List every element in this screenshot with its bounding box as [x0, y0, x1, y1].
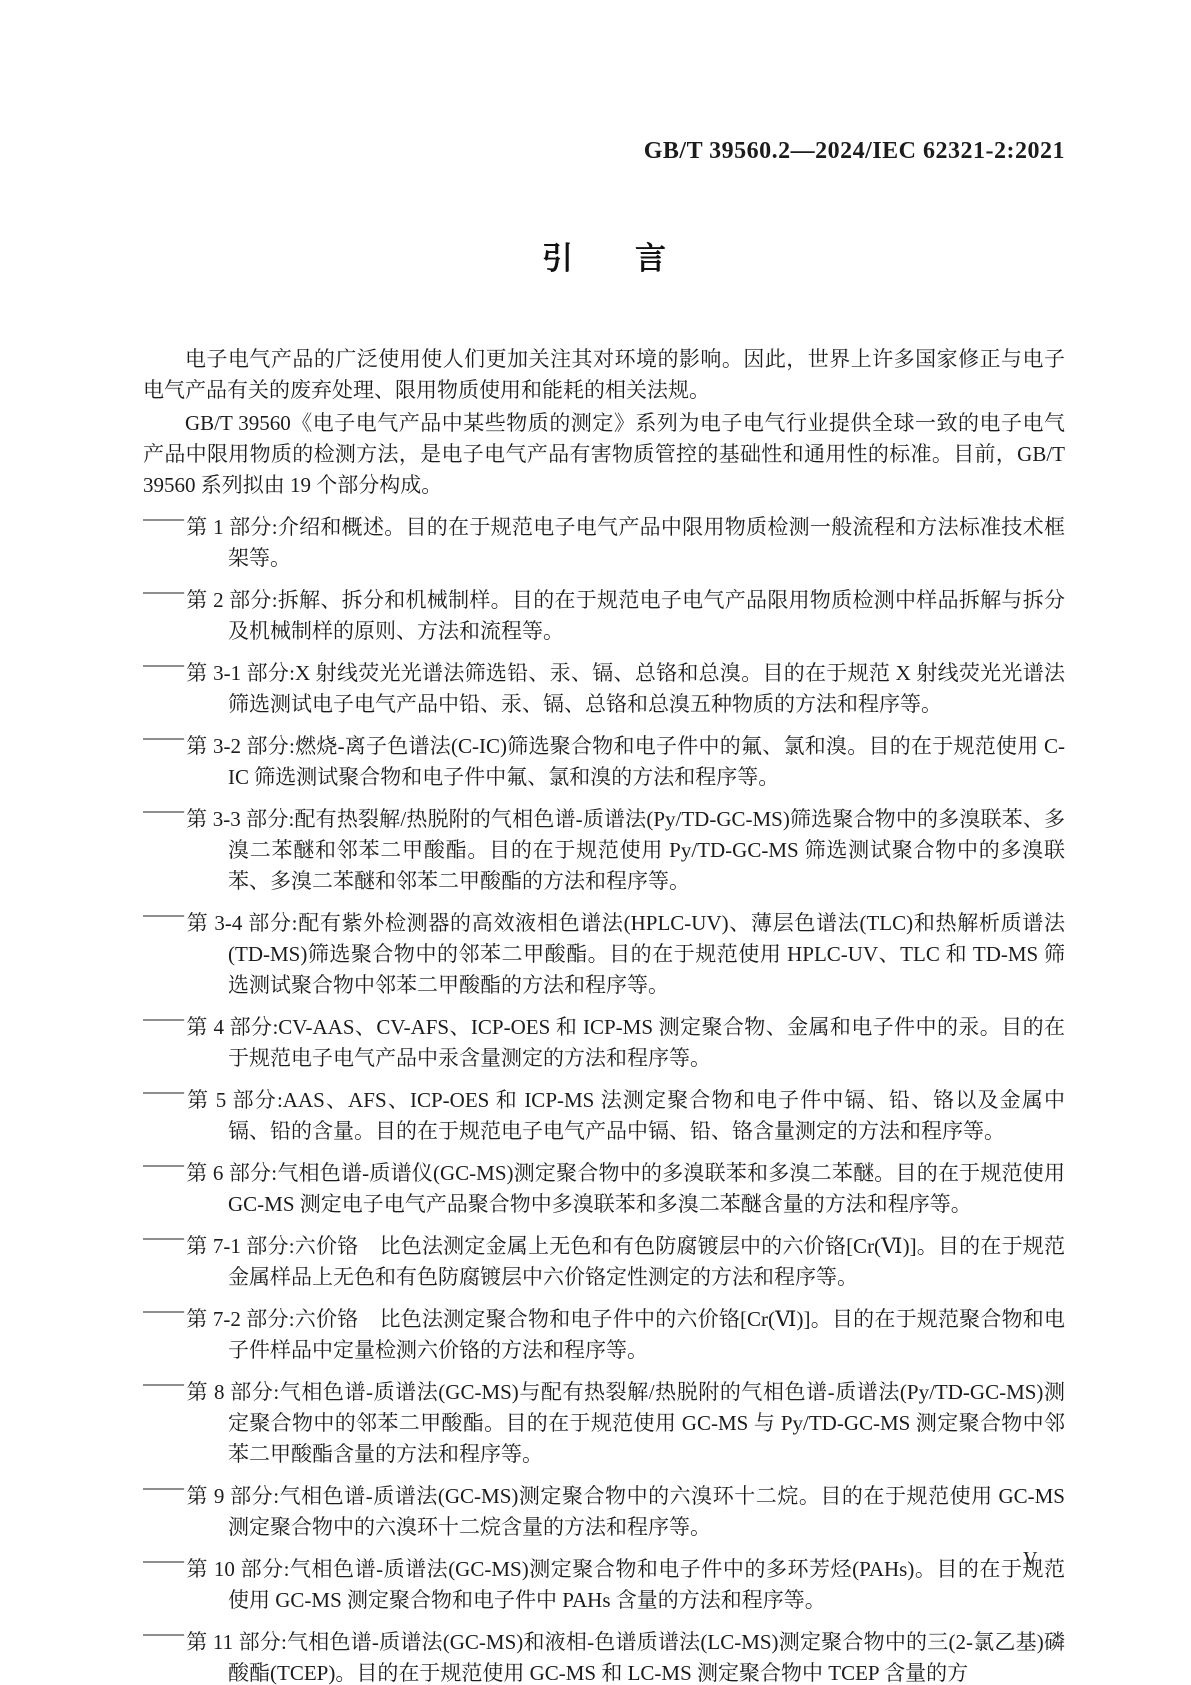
em-dash: ——	[143, 1076, 186, 1107]
part-list-item-text: 第 3-1 部分:X 射线荧光光谱法筛选铅、汞、镉、总铬和总溴。目的在于规范 X…	[186, 661, 1065, 716]
page-title: 引 言	[143, 241, 1065, 277]
part-list-item: ——第 3-2 部分:燃烧-离子色谱法(C-IC)筛选聚合物和电子件中的氟、氯和…	[228, 722, 1065, 793]
part-list-item-text: 第 4 部分:CV-AAS、CV-AFS、ICP-OES 和 ICP-MS 测定…	[186, 1015, 1065, 1070]
em-dash: ——	[143, 1618, 186, 1649]
part-list-item-text: 第 9 部分:气相色谱-质谱法(GC-MS)测定聚合物中的六溴环十二烷。目的在于…	[186, 1484, 1065, 1539]
part-list-item: ——第 3-3 部分:配有热裂解/热脱附的气相色谱-质谱法(Py/TD-GC-M…	[228, 795, 1065, 897]
part-list-item-text: 第 3-3 部分:配有热裂解/热脱附的气相色谱-质谱法(Py/TD-GC-MS)…	[186, 807, 1065, 893]
part-list-item-text: 第 11 部分:气相色谱-质谱法(GC-MS)和液相-色谱质谱法(LC-MS)测…	[186, 1630, 1065, 1685]
intro-paragraph: 电子电气产品的广泛使用使人们更加关注其对环境的影响。因此，世界上许多国家修正与电…	[143, 344, 1065, 406]
em-dash: ——	[143, 1472, 186, 1503]
em-dash: ——	[143, 503, 186, 534]
part-list-item-text: 第 7-1 部分:六价铬 比色法测定金属上无色和有色防腐镀层中的六价铬[Cr(Ⅵ…	[186, 1234, 1065, 1289]
em-dash: ——	[143, 1295, 186, 1326]
part-list-item: ——第 11 部分:气相色谱-质谱法(GC-MS)和液相-色谱质谱法(LC-MS…	[228, 1618, 1065, 1685]
part-list-item: ——第 6 部分:气相色谱-质谱仪(GC-MS)测定聚合物中的多溴联苯和多溴二苯…	[228, 1149, 1065, 1220]
part-list-item-text: 第 7-2 部分:六价铬 比色法测定聚合物和电子件中的六价铬[Cr(Ⅵ)]。目的…	[186, 1307, 1065, 1362]
part-list-item-text: 第 3-4 部分:配有紫外检测器的高效液相色谱法(HPLC-UV)、薄层色谱法(…	[186, 911, 1065, 997]
part-list-item: ——第 5 部分:AAS、AFS、ICP-OES 和 ICP-MS 法测定聚合物…	[228, 1076, 1065, 1147]
part-list-item: ——第 1 部分:介绍和概述。目的在于规范电子电气产品中限用物质检测一般流程和方…	[228, 503, 1065, 574]
em-dash: ——	[143, 1545, 186, 1576]
part-list-item-text: 第 1 部分:介绍和概述。目的在于规范电子电气产品中限用物质检测一般流程和方法标…	[186, 515, 1065, 570]
part-list-item-text: 第 10 部分:气相色谱-质谱法(GC-MS)测定聚合物和电子件中的多环芳烃(P…	[186, 1557, 1065, 1612]
part-list-item-text: 第 6 部分:气相色谱-质谱仪(GC-MS)测定聚合物中的多溴联苯和多溴二苯醚。…	[186, 1161, 1065, 1216]
em-dash: ——	[143, 1222, 186, 1253]
part-list-item-text: 第 3-2 部分:燃烧-离子色谱法(C-IC)筛选聚合物和电子件中的氟、氯和溴。…	[186, 734, 1065, 789]
em-dash: ——	[143, 649, 186, 680]
page-number: V	[1023, 1547, 1037, 1571]
part-list-item: ——第 9 部分:气相色谱-质谱法(GC-MS)测定聚合物中的六溴环十二烷。目的…	[228, 1472, 1065, 1543]
em-dash: ——	[143, 576, 186, 607]
em-dash: ——	[143, 899, 186, 930]
part-list-item: ——第 7-2 部分:六价铬 比色法测定聚合物和电子件中的六价铬[Cr(Ⅵ)]。…	[228, 1295, 1065, 1366]
part-list-item: ——第 7-1 部分:六价铬 比色法测定金属上无色和有色防腐镀层中的六价铬[Cr…	[228, 1222, 1065, 1293]
document-page: GB/T 39560.2—2024/IEC 62321-2:2021 引 言 电…	[0, 0, 1191, 1685]
part-list-item: ——第 10 部分:气相色谱-质谱法(GC-MS)测定聚合物和电子件中的多环芳烃…	[228, 1545, 1065, 1616]
standard-number: GB/T 39560.2—2024/IEC 62321-2:2021	[644, 138, 1065, 164]
part-list-item-text: 第 5 部分:AAS、AFS、ICP-OES 和 ICP-MS 法测定聚合物和电…	[186, 1088, 1065, 1143]
intro-paragraph: GB/T 39560《电子电气产品中某些物质的测定》系列为电子电气行业提供全球一…	[143, 408, 1065, 501]
em-dash: ——	[143, 1003, 186, 1034]
em-dash: ——	[143, 722, 186, 753]
em-dash: ——	[143, 1368, 186, 1399]
part-list-item: ——第 3-1 部分:X 射线荧光光谱法筛选铅、汞、镉、总铬和总溴。目的在于规范…	[228, 649, 1065, 720]
em-dash: ——	[143, 795, 186, 826]
part-list-item-text: 第 2 部分:拆解、拆分和机械制样。目的在于规范电子电气产品限用物质检测中样品拆…	[186, 588, 1065, 643]
part-list-item: ——第 4 部分:CV-AAS、CV-AFS、ICP-OES 和 ICP-MS …	[228, 1003, 1065, 1074]
part-list-item: ——第 2 部分:拆解、拆分和机械制样。目的在于规范电子电气产品限用物质检测中样…	[228, 576, 1065, 647]
part-list-item: ——第 3-4 部分:配有紫外检测器的高效液相色谱法(HPLC-UV)、薄层色谱…	[228, 899, 1065, 1001]
part-list-item-text: 第 8 部分:气相色谱-质谱法(GC-MS)与配有热裂解/热脱附的气相色谱-质谱…	[186, 1380, 1065, 1466]
part-list-item: ——第 8 部分:气相色谱-质谱法(GC-MS)与配有热裂解/热脱附的气相色谱-…	[228, 1368, 1065, 1470]
introduction-body: 电子电气产品的广泛使用使人们更加关注其对环境的影响。因此，世界上许多国家修正与电…	[143, 344, 1065, 1685]
em-dash: ——	[143, 1149, 186, 1180]
